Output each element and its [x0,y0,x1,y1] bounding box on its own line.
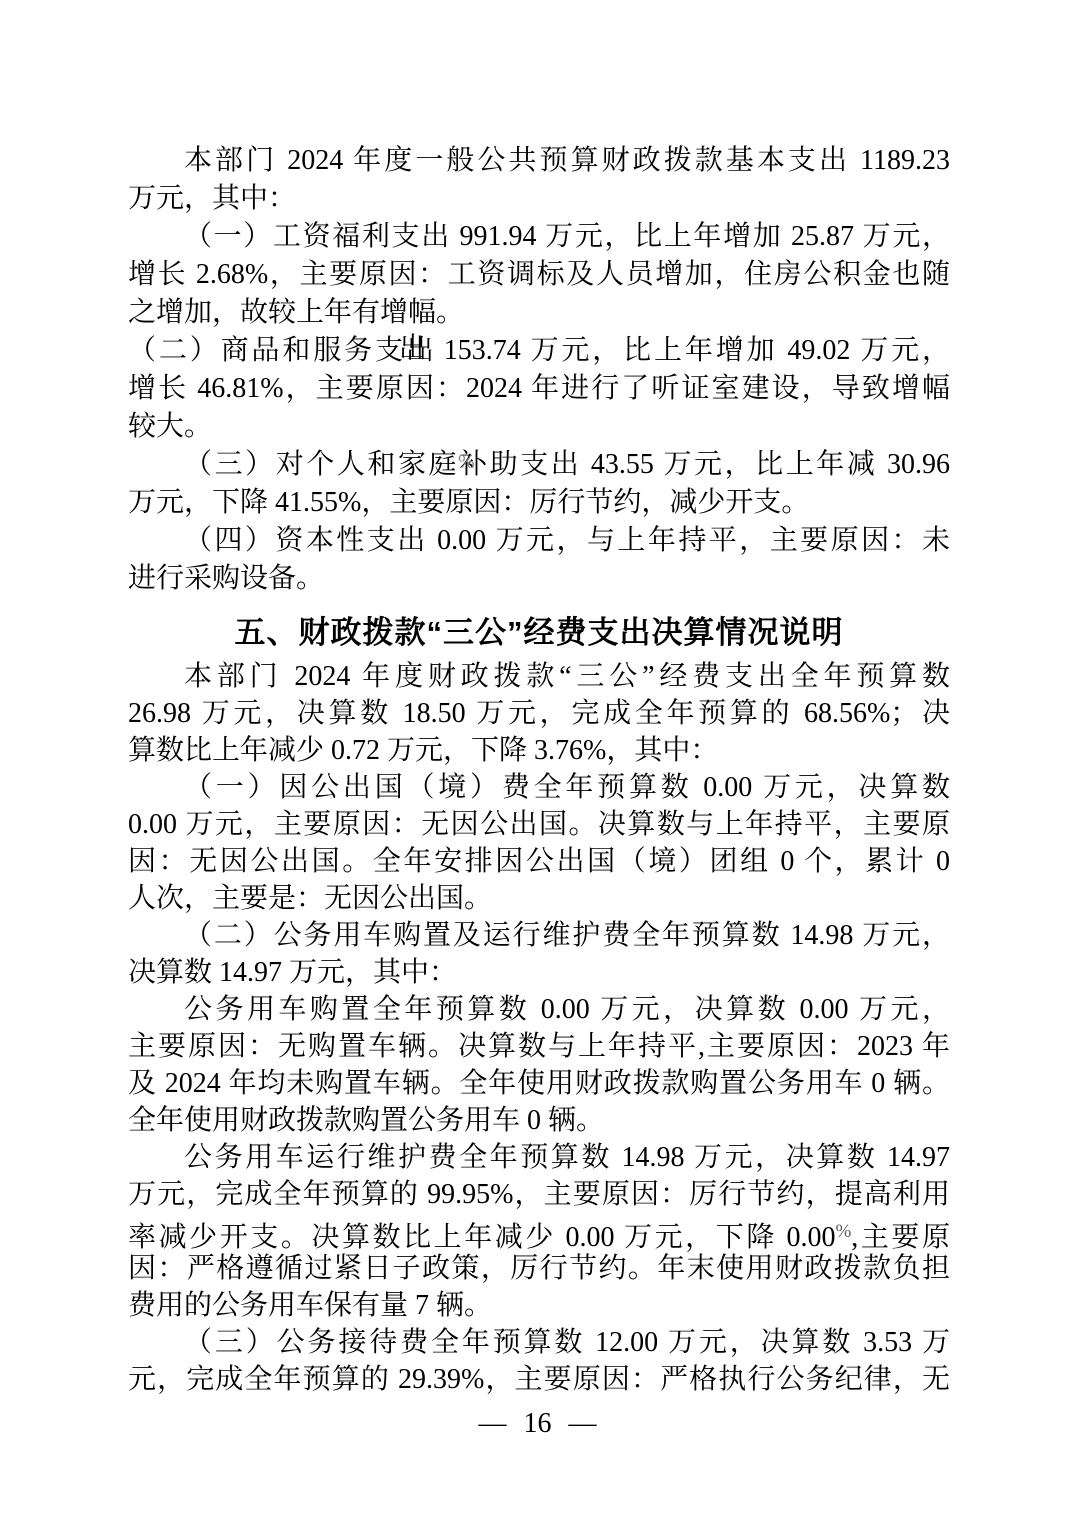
text-line: 本部门 2024 年度一般公共预算财政拨款基本支出 1189.23 [128,142,950,180]
text-line: 万元，下降 41.55%，主要原因：厉行节约，减少开支。 [128,484,950,522]
text-line: 人次，主要是：无因公出国。 [128,880,950,917]
section-5-three-public-expenses: 本部门 2024 年度财政拨款“三公”经费支出全年预算数 26.98 万元，决算… [128,658,950,1398]
text-line: 元，完成全年预算的 29.39%，主要原因：严格执行公务纪律，无 [128,1361,950,1398]
document-page: 本部门 2024 年度一般公共预算财政拨款基本支出 1189.23 万元，其中：… [0,0,1075,1520]
text-line: 及 2024 年均未购置车辆。全年使用财政拨款购置公务用车 0 辆。 [128,1065,950,1102]
text-line: （二）公务用车购置及运行维护费全年预算数 14.98 万元， [128,917,950,954]
text-line-with-doubled-glyph: （二）商品和服务支出出 153.74 万元，比上年增加 49.02 万元， [128,332,950,370]
text-line: 主要原因：无购置车辆。决算数与上年持平,主要原因：2023 年 [128,1028,950,1065]
text-line: 之增加，故较上年有增幅。 [128,294,950,332]
text-line: 因：严格遵循过紧日子政策，厉行节约。年末使用财政拨款负担 [128,1250,950,1287]
text-line: 万元，完成全年预算的 99.95%，主要原因：厉行节约，提高利用 [128,1176,950,1213]
text-line: 0.00 万元，主要原因：无因公出国。决算数与上年持平，主要原 [128,806,950,843]
text-line: 公务用车运行维护费全年预算数 14.98 万元，决算数 14.97 [128,1139,950,1176]
text-line-with-superscript-percent: 率减少开支。决算数比上年减少 0.00 万元，下降 0.00%,主要原 [128,1213,950,1250]
text-line: 增长 2.68%，主要原因：工资调标及人员增加，住房公积金也随 [128,256,950,294]
text-line: 因：无因公出国。全年安排因公出国（境）团组 0 个，累计 0 [128,843,950,880]
text-line: 算数比上年减少 0.72 万元，下降 3.76%，其中： [128,732,950,769]
text-line: 26.98 万元，决算数 18.50 万元，完成全年预算的 68.56%；决 [128,695,950,732]
page-number: — 16 — [0,1408,1075,1440]
line-6-post: 153.74 万元，比上年增加 49.02 万元， [434,335,950,366]
text-line: （一）工资福利支出 991.94 万元，比上年增加 25.87 万元， [128,218,950,256]
text-line: 全年使用财政拨款购置公务用车 0 辆。 [128,1102,950,1139]
text-line: 较大。 [128,408,950,446]
document-body: 本部门 2024 年度一般公共预算财政拨款基本支出 1189.23 万元，其中：… [128,142,950,1398]
section-4-basic-expenditure: 本部门 2024 年度一般公共预算财政拨款基本支出 1189.23 万元，其中：… [128,142,950,598]
text-line: （三）对个人和家庭补助支出 43.55 万元，比上年减 30.96 [128,446,950,484]
text-line: 万元，其中： [128,180,950,218]
line-6-glyph: 出 [406,335,434,366]
text-line: 费用的公务用车保有量 7 辆。 [128,1287,950,1324]
text-line: （三）公务接待费全年预算数 12.00 万元，决算数 3.53 万 [128,1324,950,1361]
line-29-pre: 率减少开支。决算数比上年减少 0.00 万元，下降 0.00 [128,1222,835,1253]
line-6-pre: （二）商品和服务支 [128,335,406,366]
text-line: （四）资本性支出 0.00 万元，与上年持平，主要原因：未 [128,522,950,560]
superscript-percent-artifact: % [835,1221,851,1242]
text-line: 公务用车购置全年预算数 0.00 万元，决算数 0.00 万元， [128,991,950,1028]
text-line: 本部门 2024 年度财政拨款“三公”经费支出全年预算数 [128,658,950,695]
line-29-post: ,主要原 [851,1222,950,1253]
text-line: 决算数 14.97 万元，其中： [128,954,950,991]
text-line: 增长 46.81%，主要原因：2024 年进行了听证室建设，导致增幅 [128,370,950,408]
text-line: 进行采购设备。 [128,560,950,598]
stray-percent-artifact: % [458,452,475,472]
doubled-glyph-artifact: 出出 [406,332,434,370]
text-line: （一）因公出国（境）费全年预算数 0.00 万元，决算数 [128,769,950,806]
section-heading: 五、财政拨款“三公”经费支出决算情况说明 [128,614,950,652]
